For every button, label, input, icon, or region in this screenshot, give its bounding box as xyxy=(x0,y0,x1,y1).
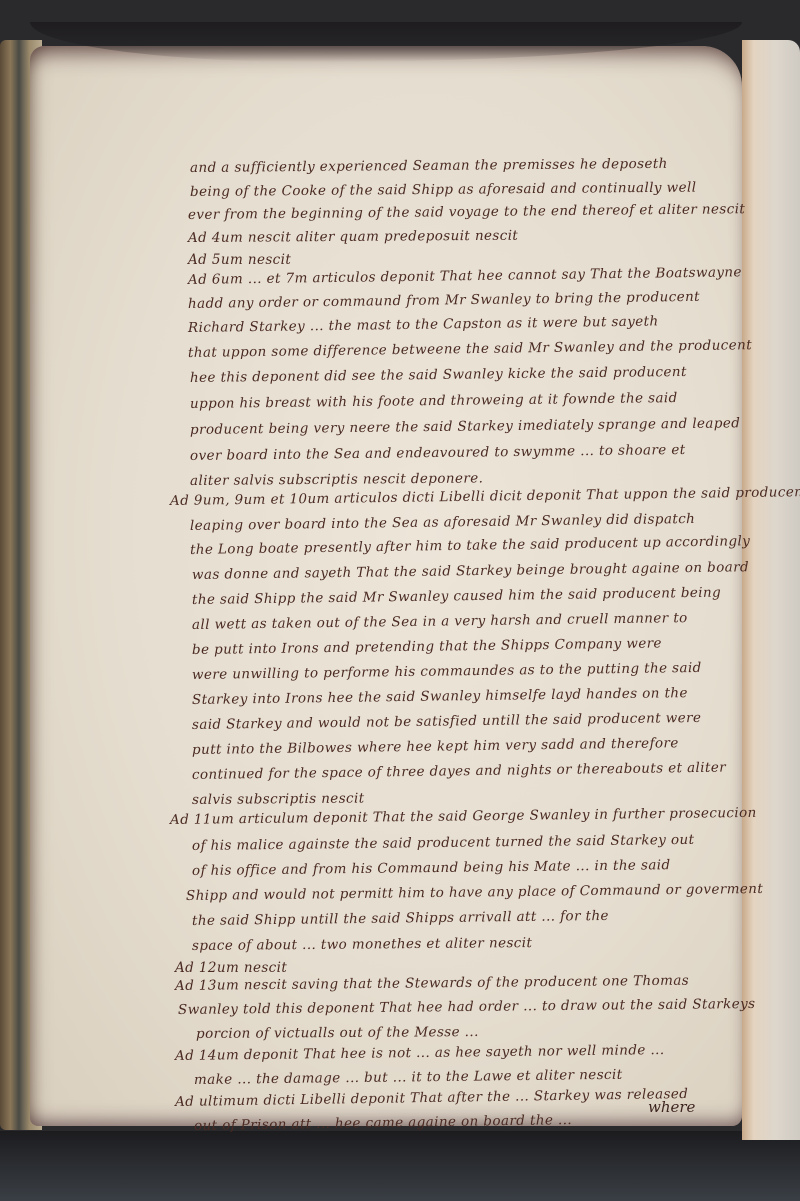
manuscript-line: Ad 4um nescit aliter quam predeposuit ne… xyxy=(188,228,518,246)
facing-page-edge xyxy=(742,40,800,1140)
manuscript-line: Ad 12um nescit xyxy=(175,960,287,976)
manuscript-line: porcion of victualls out of the Messe ..… xyxy=(196,1024,479,1042)
manuscript-line: space of about ... two monethes et alite… xyxy=(192,935,532,954)
manuscript-line: Ad 5um nescit xyxy=(188,252,291,268)
catchword: where xyxy=(648,1098,695,1116)
manuscript-line: salvis subscriptis nescit xyxy=(192,790,365,808)
backdrop xyxy=(0,1131,800,1201)
manuscript-line: aliter salvis subscriptis nescit deponer… xyxy=(190,470,483,489)
